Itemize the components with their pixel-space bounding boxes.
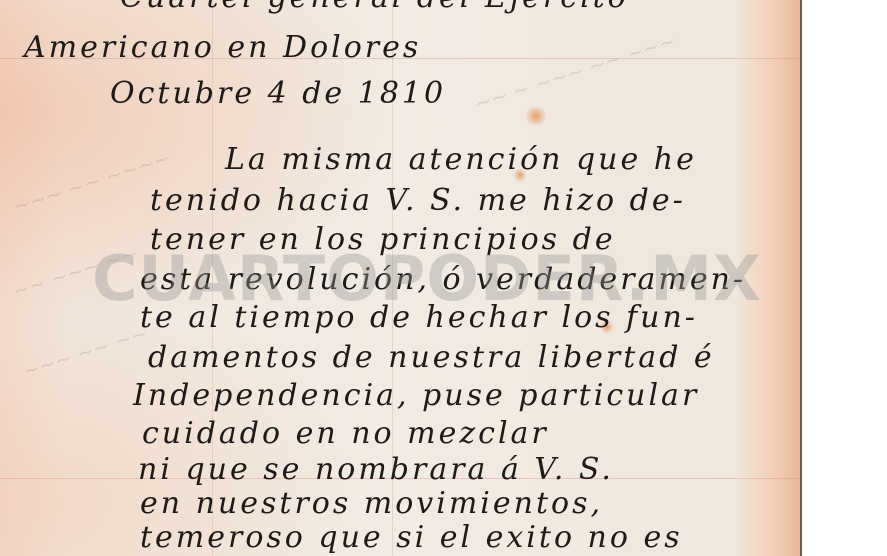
letter-line-12: ni que se nombrara á V. S. [138,452,614,487]
letter-line-10: Independencia, puse particular [133,378,699,413]
ink-stain [525,105,547,127]
letter-line-14: temeroso que si el exito no es [140,520,683,555]
letter-line-1: Cuartel general del Ejército [120,0,629,15]
letter-line-3: Octubre 4 de 1810 [110,76,446,111]
letter-line-4: La misma atención que he [225,142,697,177]
letter-paper: ~~ ~ ~~~ ~~ ~~~ ~~~ ~~ ~~~~ ~~ ~~~ ~~ ~~… [0,0,802,556]
letter-line-13: en nuestros movimientos, [140,486,603,521]
letter-line-5: tenido hacia V. S. me hizo de- [150,183,686,218]
letter-line-9: damentos de nuestra libertad é [148,340,715,375]
bleed-through-text: ~~ ~ ~~~ ~~ ~~~ [471,28,678,116]
bleed-through-text: ~~~ ~~ ~~ [19,320,150,383]
letter-line-11: cuidado en no mezclar [142,416,549,451]
letter-line-2: Americano en Dolores [24,30,421,65]
bleed-through-text: ~~~ ~~ ~~~~ [10,145,173,218]
watermark: CUARTOPODER.MX [92,242,762,315]
